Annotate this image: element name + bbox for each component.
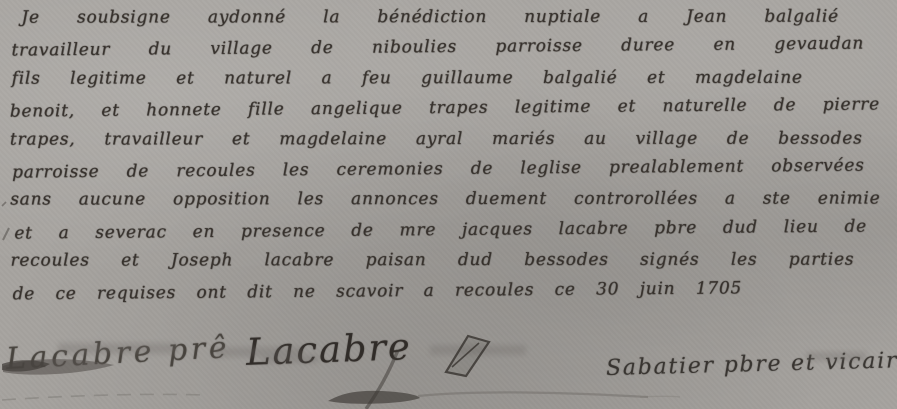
manuscript-line-8: et a severac en presence de mre jacques … — [14, 216, 867, 253]
manuscript-page: Je soubsigne aydonné la bénédiction nupt… — [0, 0, 897, 409]
manuscript-line-3: fils legitime et naturel a feu guillaume… — [12, 67, 803, 98]
manuscript-line-4: benoit, et honnete fille angelique trape… — [10, 95, 880, 133]
signature-lacabre-pre: Lacabre prê — [5, 330, 231, 377]
manuscript-line-9: recoules et Joseph lacabre paisan dud be… — [10, 250, 854, 281]
signature-paraph — [446, 336, 489, 376]
manuscript-line-2: travailleur du village de niboulies parr… — [11, 34, 864, 71]
manuscript-line-5: trapes, travailleur et magdelaine ayral … — [10, 128, 863, 159]
ink-blot-center — [328, 391, 680, 404]
manuscript-line-7: sans aucune opposition les annonces duem… — [10, 189, 880, 220]
manuscript-line-1: Je soubsigne aydonné la bénédiction nupt… — [21, 7, 839, 38]
signature-lacabre: Lacabre — [245, 325, 412, 374]
manuscript-line-6: parroisse de recoules les ceremonies de … — [12, 156, 865, 193]
left-edge-marks — [2, 202, 9, 240]
faint-bottom-line — [2, 394, 204, 400]
manuscript-line-10: de ce requises ont dit ne scavoir a reco… — [12, 278, 742, 314]
signature-sabatier: Sabatier pbre et vicaire — [606, 348, 897, 381]
register-entry: Je soubsigne aydonné la bénédiction nupt… — [9, 5, 889, 313]
